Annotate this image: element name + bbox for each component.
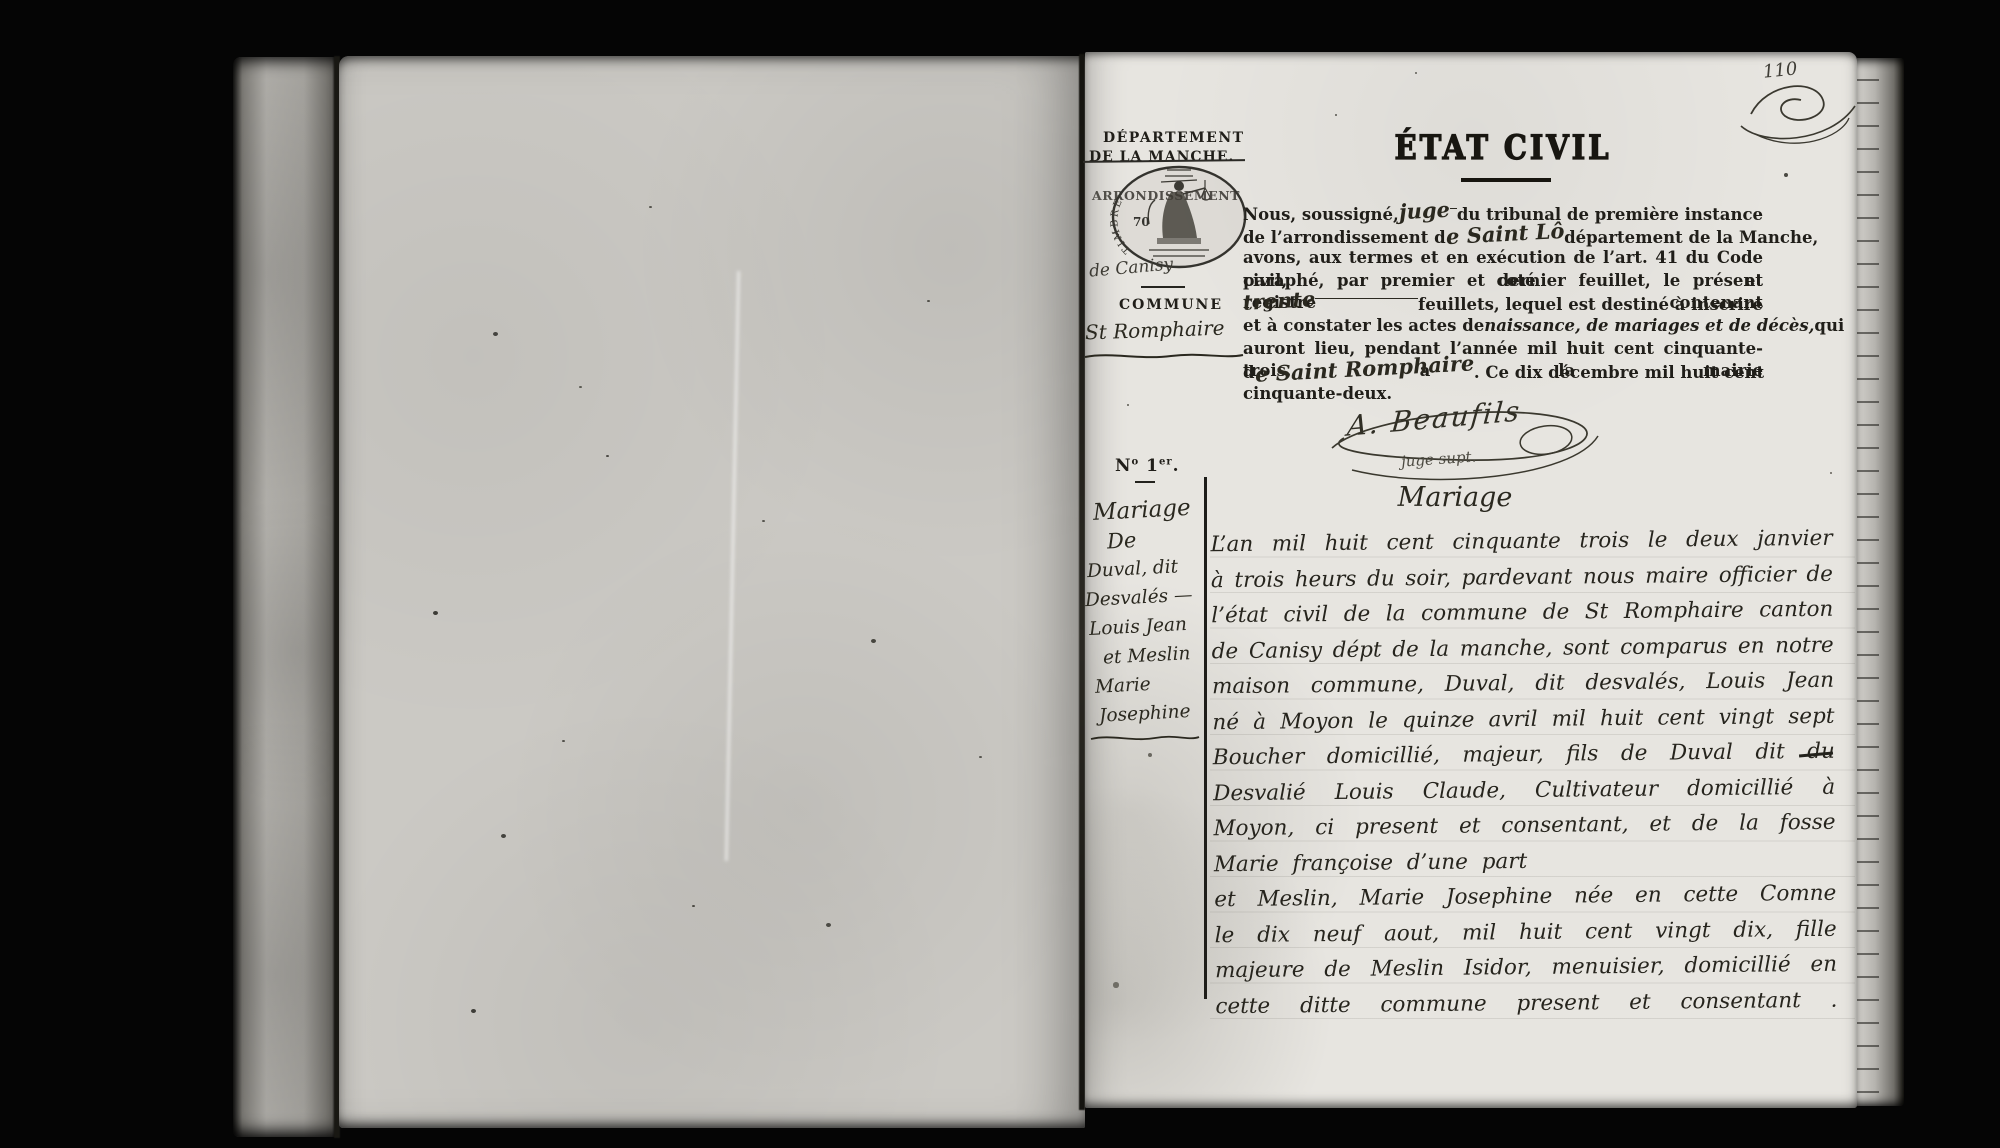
act-line: Boucher domicillié, majeur, fils de Duva… [1213,734,1835,776]
register-page: 110 DÉPARTEMENT DE LA MANCHE. ARRONDISSE… [1085,52,1857,1108]
revenue-stamp-icon: TIMBRE 70 [1109,164,1249,270]
handwritten-insert-juge: juge [1398,199,1450,224]
left-blank-page [339,56,1085,1128]
preamble-line: avons, aux termes et en exécution de l’a… [1243,247,1763,270]
commune-label: COMMUNE [1119,297,1223,313]
flourish-dash [1450,208,1457,209]
act-heading: Mariage [1215,482,1695,513]
preamble-paragraph: Nous, soussigné, juge du tribunal de pre… [1243,202,1763,405]
departement-label: DÉPARTEMENT [1103,130,1245,146]
stamp-value: 70 [1133,215,1150,229]
act-line: Moyon, ci present et consentant, et de l… [1213,805,1835,847]
preamble-line: et à constater les actes de naissance, d… [1243,315,1763,338]
preamble-line: auront lieu, pendant l’année mil huit ce… [1243,338,1763,361]
paper-speckles [1085,52,1087,54]
commune-handwritten-value: St Romphaire [1085,316,1225,345]
preamble-line: de l’arrondissement d e Saint Lô départe… [1243,225,1763,248]
act-line: et Meslin, Marie Josephine née en cette … [1214,876,1836,918]
scanned-register-photo: 110 DÉPARTEMENT DE LA MANCHE. ARRONDISSE… [0,0,2000,1148]
paper-crease [725,271,740,861]
page-title: ÉTAT CIVIL [1268,129,1738,168]
printed-rule [1141,286,1185,288]
handwritten-insert-feuillets-count: trente [1242,288,1316,314]
act-line: majeure de Meslin Isidor, menuisier, dom… [1215,947,1837,989]
flourish-dash [1315,298,1418,299]
margin-note-line: Josephine [1098,696,1205,731]
page-edges [1857,58,1904,1106]
margin-note-underline [1089,732,1201,744]
handwritten-insert-arrondissement: e Saint Lô [1445,220,1565,249]
folio-paraph-flourish [1733,72,1867,150]
act-line: L’an mil huit cent cinquante trois le de… [1210,521,1832,563]
book-cover-edge [233,57,337,1137]
preamble-line: d e Saint Romphaire . Ce dix décembre mi… [1243,360,1763,383]
arrondissement-handwritten-value: de Canisy [1088,254,1174,281]
handwritten-underline [1083,350,1245,362]
act-line: maison commune, Duval, dit desvalés, Lou… [1212,663,1834,705]
preamble-line: paraphé, par premier et dernier feuillet… [1243,270,1763,293]
departement-name: DE LA MANCHE. [1089,149,1234,165]
act-body: L’an mil huit cent cinquante trois le de… [1210,521,1837,1024]
margin-rule [1204,477,1207,999]
paper-speckles [339,56,342,58]
act-line: l’état civil de la commune de St Romphai… [1211,592,1833,634]
act-line: cette ditte commune present et consentan… [1215,982,1837,1024]
act-margin-note: Mariage De Duval, dit Desvalés — Louis J… [1087,496,1205,728]
title-rule [1461,178,1551,182]
act-number: No 1er. [1115,456,1180,476]
act-number-dash [1135,481,1155,483]
